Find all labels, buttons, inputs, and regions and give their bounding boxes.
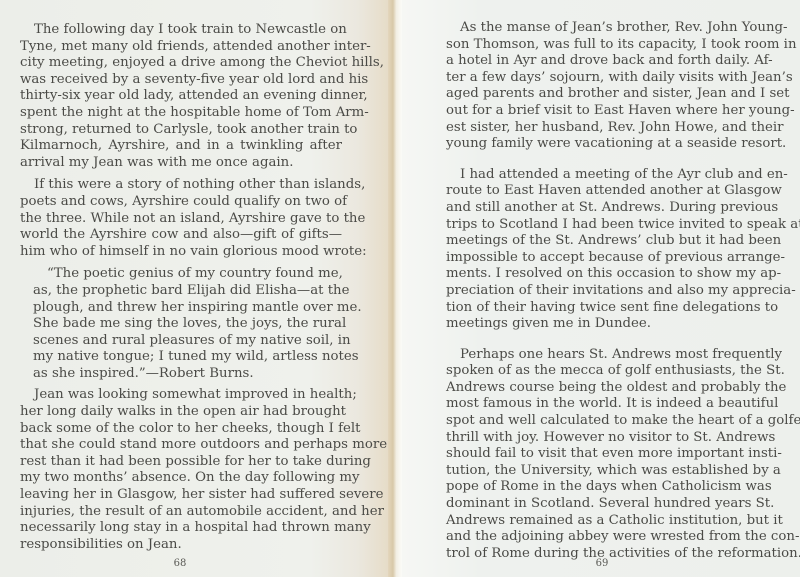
text-line: If this were a story of nothing other th… (20, 177, 342, 194)
text-line: pope of Rome in the days when Catholicis… (446, 479, 766, 496)
quote-line: as, the prophetic bard Elijah did Elisha… (33, 283, 329, 300)
text-line: world the Ayrshire cow and also—gift of … (20, 227, 342, 244)
text-line: the three. While not an island, Ayrshire… (20, 211, 342, 228)
text-line: my two months’ absence. On the day follo… (20, 470, 342, 487)
text-line: Andrews course being the oldest and prob… (446, 380, 766, 397)
text-line: son Thomson, was full to its capacity, I… (446, 37, 766, 54)
text-line: thrill with joy. However no visitor to S… (446, 430, 766, 447)
text-line: responsibilities on Jean. (20, 537, 342, 554)
page-number: 68 (160, 558, 200, 569)
text-line: route to East Haven attended another at … (446, 183, 766, 200)
text-line: ter a few days’ sojourn, with daily visi… (446, 70, 766, 87)
text-line: that she could stand more outdoors and p… (20, 437, 342, 454)
text-line: poets and cows, Ayrshire could qualify o… (20, 194, 342, 211)
text-line: preciation of their invitations and also… (446, 283, 766, 300)
text-line: Tyne, met many old friends, attended ano… (20, 39, 342, 56)
text-line: him who of himself in no vain glorious m… (20, 244, 342, 261)
paragraph-newcastle: The following day I took train to Newcas… (20, 22, 342, 171)
text-line: and still another at St. Andrews. During… (446, 200, 766, 217)
text-line: city meeting, enjoyed a drive among the … (20, 55, 342, 72)
text-line: young family were vacationing at a seasi… (446, 136, 766, 153)
text-line: back some of the color to her cheeks, th… (20, 421, 342, 438)
text-line: spot and well calculated to make the hea… (446, 413, 766, 430)
text-line: spoken of as the mecca of golf enthusias… (446, 363, 766, 380)
left-page: The following day I took train to Newcas… (0, 0, 388, 577)
text-line: ments. I resolved on this occasion to sh… (446, 266, 766, 283)
quote-line: my native tongue; I tuned my wild, artle… (33, 349, 329, 366)
text-line: tution, the University, which was establ… (446, 463, 766, 480)
text-line: I had attended a meeting of the Ayr club… (446, 167, 766, 184)
text-line: The following day I took train to Newcas… (20, 22, 342, 39)
text-line: injuries, the result of an automobile ac… (20, 504, 342, 521)
text-line: and the adjoining abbey were wrested fro… (446, 529, 766, 546)
paragraph-jean-health: Jean was looking somewhat improved in he… (20, 387, 342, 553)
text-line: was received by a seventy-five year old … (20, 72, 342, 89)
quote-line: as she inspired.”—Robert Burns. (33, 366, 329, 383)
text-line: Kilmarnoch, Ayrshire, and in a twinkling… (20, 138, 342, 155)
quote-line: plough, and threw her inspiring mantle o… (33, 300, 329, 317)
text-line: arrival my Jean was with me once again. (20, 155, 342, 172)
text-line: As the manse of Jean’s brother, Rev. Joh… (446, 20, 766, 37)
text-line: tion of their having twice sent fine del… (446, 300, 766, 317)
quote-line: scenes and rural pleasures of my native … (33, 333, 329, 350)
paragraph-st-andrews: Perhaps one hears St. Andrews most frequ… (446, 347, 766, 563)
text-line: aged parents and brother and sister, Jea… (446, 86, 766, 103)
right-page-body: As the manse of Jean’s brother, Rev. Joh… (446, 20, 766, 562)
book-gutter (388, 0, 402, 577)
paragraph-ayrshire: If this were a story of nothing other th… (20, 177, 342, 260)
paragraph-manse: As the manse of Jean’s brother, Rev. Joh… (446, 20, 766, 153)
text-line: most famous in the world. It is indeed a… (446, 396, 766, 413)
page-number: 69 (582, 558, 622, 569)
text-line: out for a brief visit to East Haven wher… (446, 103, 766, 120)
text-line: est sister, her husband, Rev. John Howe,… (446, 120, 766, 137)
quote-line: She bade me sing the loves, the joys, th… (33, 316, 329, 333)
right-page: As the manse of Jean’s brother, Rev. Joh… (402, 0, 800, 577)
text-line: impossible to accept because of previous… (446, 250, 766, 267)
left-page-body: The following day I took train to Newcas… (20, 22, 342, 553)
text-line: a hotel in Ayr and drove back and forth … (446, 53, 766, 70)
text-line: dominant in Scotland. Several hundred ye… (446, 496, 766, 513)
text-line: rest than it had been possible for her t… (20, 454, 342, 471)
text-line: meetings given me in Dundee. (446, 316, 766, 333)
text-line: strong, returned to Carlysle, took anoth… (20, 122, 342, 139)
text-line: Jean was looking somewhat improved in he… (20, 387, 342, 404)
text-line: trips to Scotland I had been twice invit… (446, 217, 766, 234)
book-spread: The following day I took train to Newcas… (0, 0, 800, 577)
text-line: her long daily walks in the open air had… (20, 404, 342, 421)
text-line: necessarily long stay in a hospital had … (20, 520, 342, 537)
burns-quote: “The poetic genius of my country found m… (33, 266, 329, 382)
text-line: should fail to visit that even more impo… (446, 446, 766, 463)
text-line: Andrews remained as a Catholic instituti… (446, 513, 766, 530)
quote-line: “The poetic genius of my country found m… (33, 266, 329, 283)
paragraph-ayr-club: I had attended a meeting of the Ayr club… (446, 167, 766, 333)
text-line: spent the night at the hospitable home o… (20, 105, 342, 122)
text-line: thirty-six year old lady, attended an ev… (20, 88, 342, 105)
text-line: meetings of the St. Andrews’ club but it… (446, 233, 766, 250)
text-line: Perhaps one hears St. Andrews most frequ… (446, 347, 766, 364)
text-line: leaving her in Glasgow, her sister had s… (20, 487, 342, 504)
